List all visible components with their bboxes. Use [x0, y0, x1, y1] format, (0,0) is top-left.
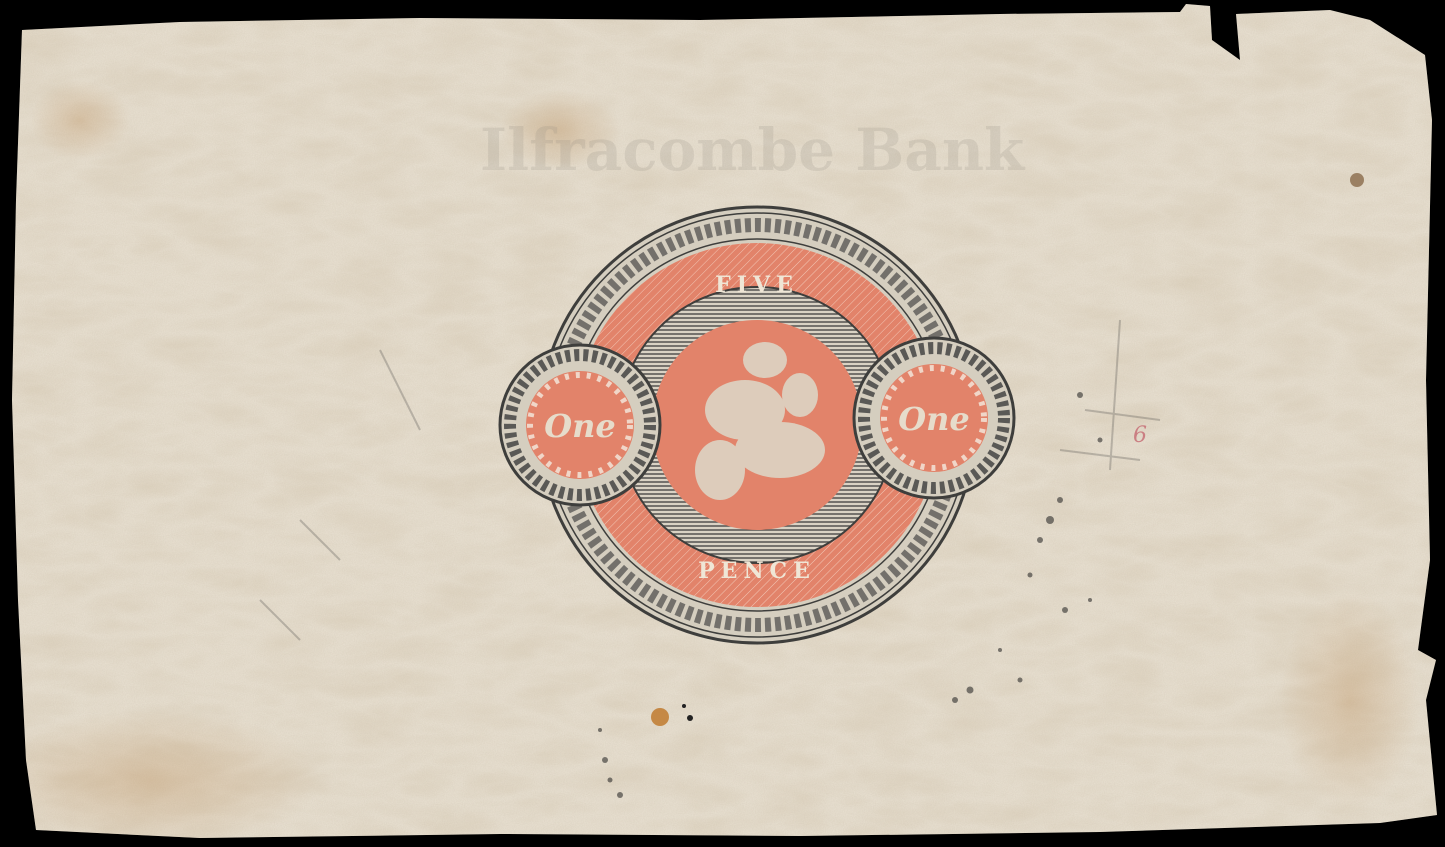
- svg-text:Ilfracombe Bank: Ilfracombe Bank: [480, 116, 1026, 184]
- pencil-mark: 6: [1133, 423, 1147, 448]
- right-medallion: One: [854, 338, 1014, 498]
- label-five: FIVE: [715, 272, 799, 298]
- left-medallion-text: One: [544, 407, 616, 445]
- right-medallion-text: One: [898, 400, 970, 438]
- label-pence: PENCE: [698, 558, 816, 584]
- photo-stage: Ilfracombe Bank: [0, 0, 1445, 847]
- left-medallion: One: [500, 345, 660, 505]
- banknote-photo: Ilfracombe Bank: [0, 0, 1445, 847]
